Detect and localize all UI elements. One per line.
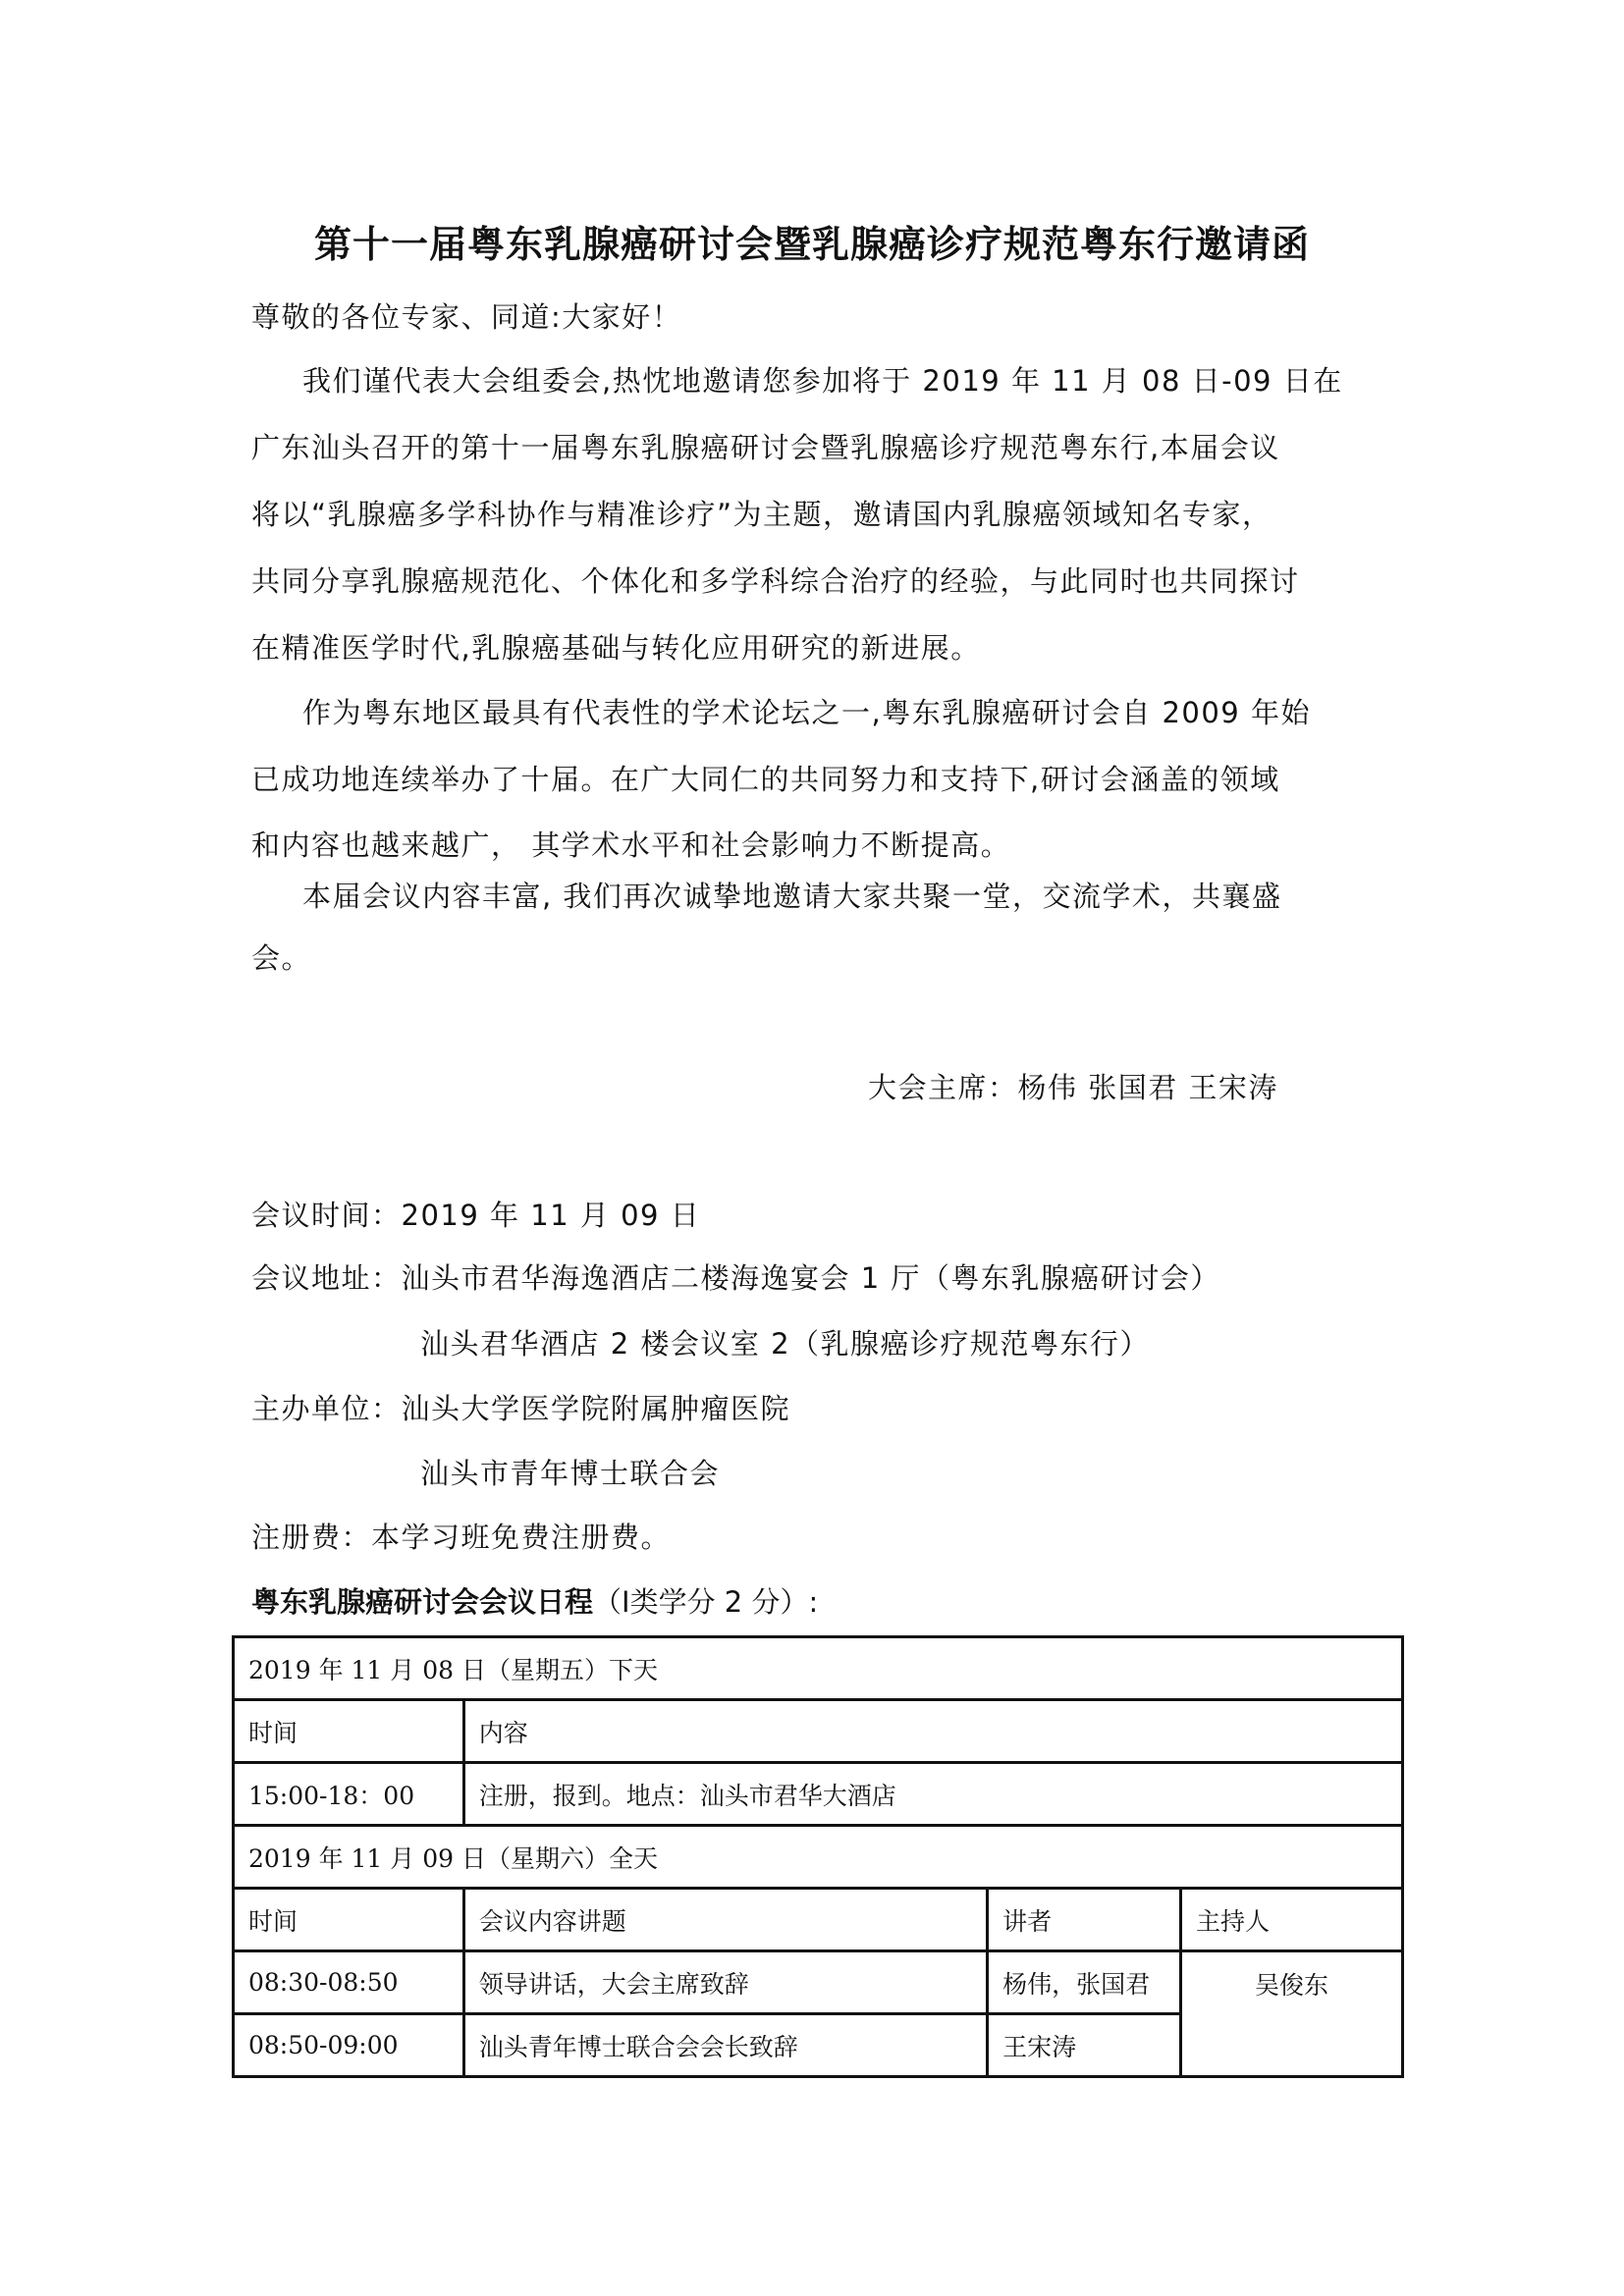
day2-row2-time: 08:50-09:00 <box>234 2014 464 2077</box>
greeting: 尊敬的各位专家、同道:大家好！ <box>251 297 681 337</box>
fee-value: 本学习班免费注册费。 <box>371 1521 671 1554</box>
day1-date-row: 2019 年 11 月 08 日（星期五）下天 <box>234 1637 1403 1700</box>
day2-host: 吴俊东 <box>1181 1951 1403 2077</box>
day2-date: 2019 年 11 月 09 日（星期六）全天 <box>234 1826 1403 1889</box>
registration-fee: 注册费：本学习班免费注册费。 <box>251 1518 671 1557</box>
organizer-label: 主办单位： <box>251 1392 402 1425</box>
paragraph-1-line-3: 将以“乳腺癌多学科协作与精准诊疗”为主题，邀请国内乳腺癌领域知名专家， <box>251 495 1272 534</box>
day1-row-content: 注册，报到。地点：汕头市君华大酒店 <box>463 1763 1402 1826</box>
signature: 大会主席：杨伟 张国君 王宋涛 <box>868 1068 1278 1107</box>
paragraph-2-line-2: 已成功地连续举办了十届。在广大同仁的共同努力和支持下,研讨会涵盖的领域 <box>251 760 1280 799</box>
day2-row1-topic: 领导讲话，大会主席致辞 <box>463 1951 987 2014</box>
day2-date-row: 2019 年 11 月 09 日（星期六）全天 <box>234 1826 1403 1889</box>
paragraph-1-line-1: 我们谨代表大会组委会,热忱地邀请您参加将于 2019 年 11 月 08 日-0… <box>302 361 1343 400</box>
paragraph-2-line-3: 和内容也越来越广， 其学术水平和社会影响力不断提高。 <box>251 826 1010 865</box>
paragraph-1-line-2: 广东汕头召开的第十一届粤东乳腺癌研讨会暨乳腺癌诊疗规范粤东行,本届会议 <box>251 428 1280 467</box>
day2-header-speaker: 讲者 <box>988 1889 1181 1951</box>
meeting-time: 会议时间：2019 年 11 月 09 日 <box>251 1196 700 1235</box>
schedule-table: 2019 年 11 月 08 日（星期五）下天 时间 内容 15:00-18：0… <box>232 1635 1404 2078</box>
paragraph-2-line-1: 作为粤东地区最具有代表性的学术论坛之一,粤东乳腺癌研讨会自 2009 年始 <box>302 693 1311 732</box>
table-row: 08:30-08:50 领导讲话，大会主席致辞 杨伟，张国君 吴俊东 <box>234 1951 1403 2014</box>
paragraph-3-line-2: 会。 <box>251 938 311 978</box>
meeting-time-label: 会议时间： <box>251 1199 402 1232</box>
paragraph-1-line-4: 共同分享乳腺癌规范化、个体化和多学科综合治疗的经验，与此同时也共同探讨 <box>251 561 1300 601</box>
organizer-1: 汕头大学医学院附属肿瘤医院 <box>402 1392 791 1425</box>
table-row: 15:00-18：00 注册，报到。地点：汕头市君华大酒店 <box>234 1763 1403 1826</box>
meeting-address-1: 汕头市君华海逸酒店二楼海逸宴会 1 厅（粤东乳腺癌研讨会） <box>402 1261 1220 1295</box>
fee-label: 注册费： <box>251 1521 371 1554</box>
meeting-time-value: 2019 年 11 月 09 日 <box>402 1199 701 1232</box>
meeting-address: 会议地址：汕头市君华海逸酒店二楼海逸宴会 1 厅（粤东乳腺癌研讨会） <box>251 1258 1220 1298</box>
schedule-heading-credit: （Ⅰ类学分 2 分）: <box>593 1585 818 1619</box>
paragraph-1-line-5: 在精准医学时代,乳腺癌基础与转化应用研究的新进展。 <box>251 628 981 667</box>
day1-header-content: 内容 <box>463 1700 1402 1763</box>
day1-header-row: 时间 内容 <box>234 1700 1403 1763</box>
day2-row1-speaker: 杨伟，张国君 <box>988 1951 1181 2014</box>
day2-header-time: 时间 <box>234 1889 464 1951</box>
paragraph-3-line-1: 本届会议内容丰富, 我们再次诚挚地邀请大家共聚一堂，交流学术，共襄盛 <box>302 877 1281 916</box>
organizer-2: 汕头市青年博士联合会 <box>420 1454 720 1493</box>
meeting-address-label: 会议地址： <box>251 1261 402 1295</box>
day2-header-host: 主持人 <box>1181 1889 1403 1951</box>
day1-header-time: 时间 <box>234 1700 464 1763</box>
schedule-heading-bold: 粤东乳腺癌研讨会会议日程 <box>251 1585 593 1619</box>
schedule-heading: 粤东乳腺癌研讨会会议日程（Ⅰ类学分 2 分）: <box>251 1582 818 1622</box>
document-title: 第十一届粤东乳腺癌研讨会暨乳腺癌诊疗规范粤东行邀请函 <box>0 214 1624 268</box>
day2-header-row: 时间 会议内容讲题 讲者 主持人 <box>234 1889 1403 1951</box>
day1-date: 2019 年 11 月 08 日（星期五）下天 <box>234 1637 1403 1700</box>
day2-row1-time: 08:30-08:50 <box>234 1951 464 2014</box>
day2-header-topic: 会议内容讲题 <box>463 1889 987 1951</box>
meeting-address-2: 汕头君华酒店 2 楼会议室 2（乳腺癌诊疗规范粤东行） <box>420 1324 1150 1363</box>
organizer: 主办单位：汕头大学医学院附属肿瘤医院 <box>251 1389 790 1428</box>
day2-row2-topic: 汕头青年博士联合会会长致辞 <box>463 2014 987 2077</box>
day1-row-time: 15:00-18：00 <box>234 1763 464 1826</box>
day2-row2-speaker: 王宋涛 <box>988 2014 1181 2077</box>
